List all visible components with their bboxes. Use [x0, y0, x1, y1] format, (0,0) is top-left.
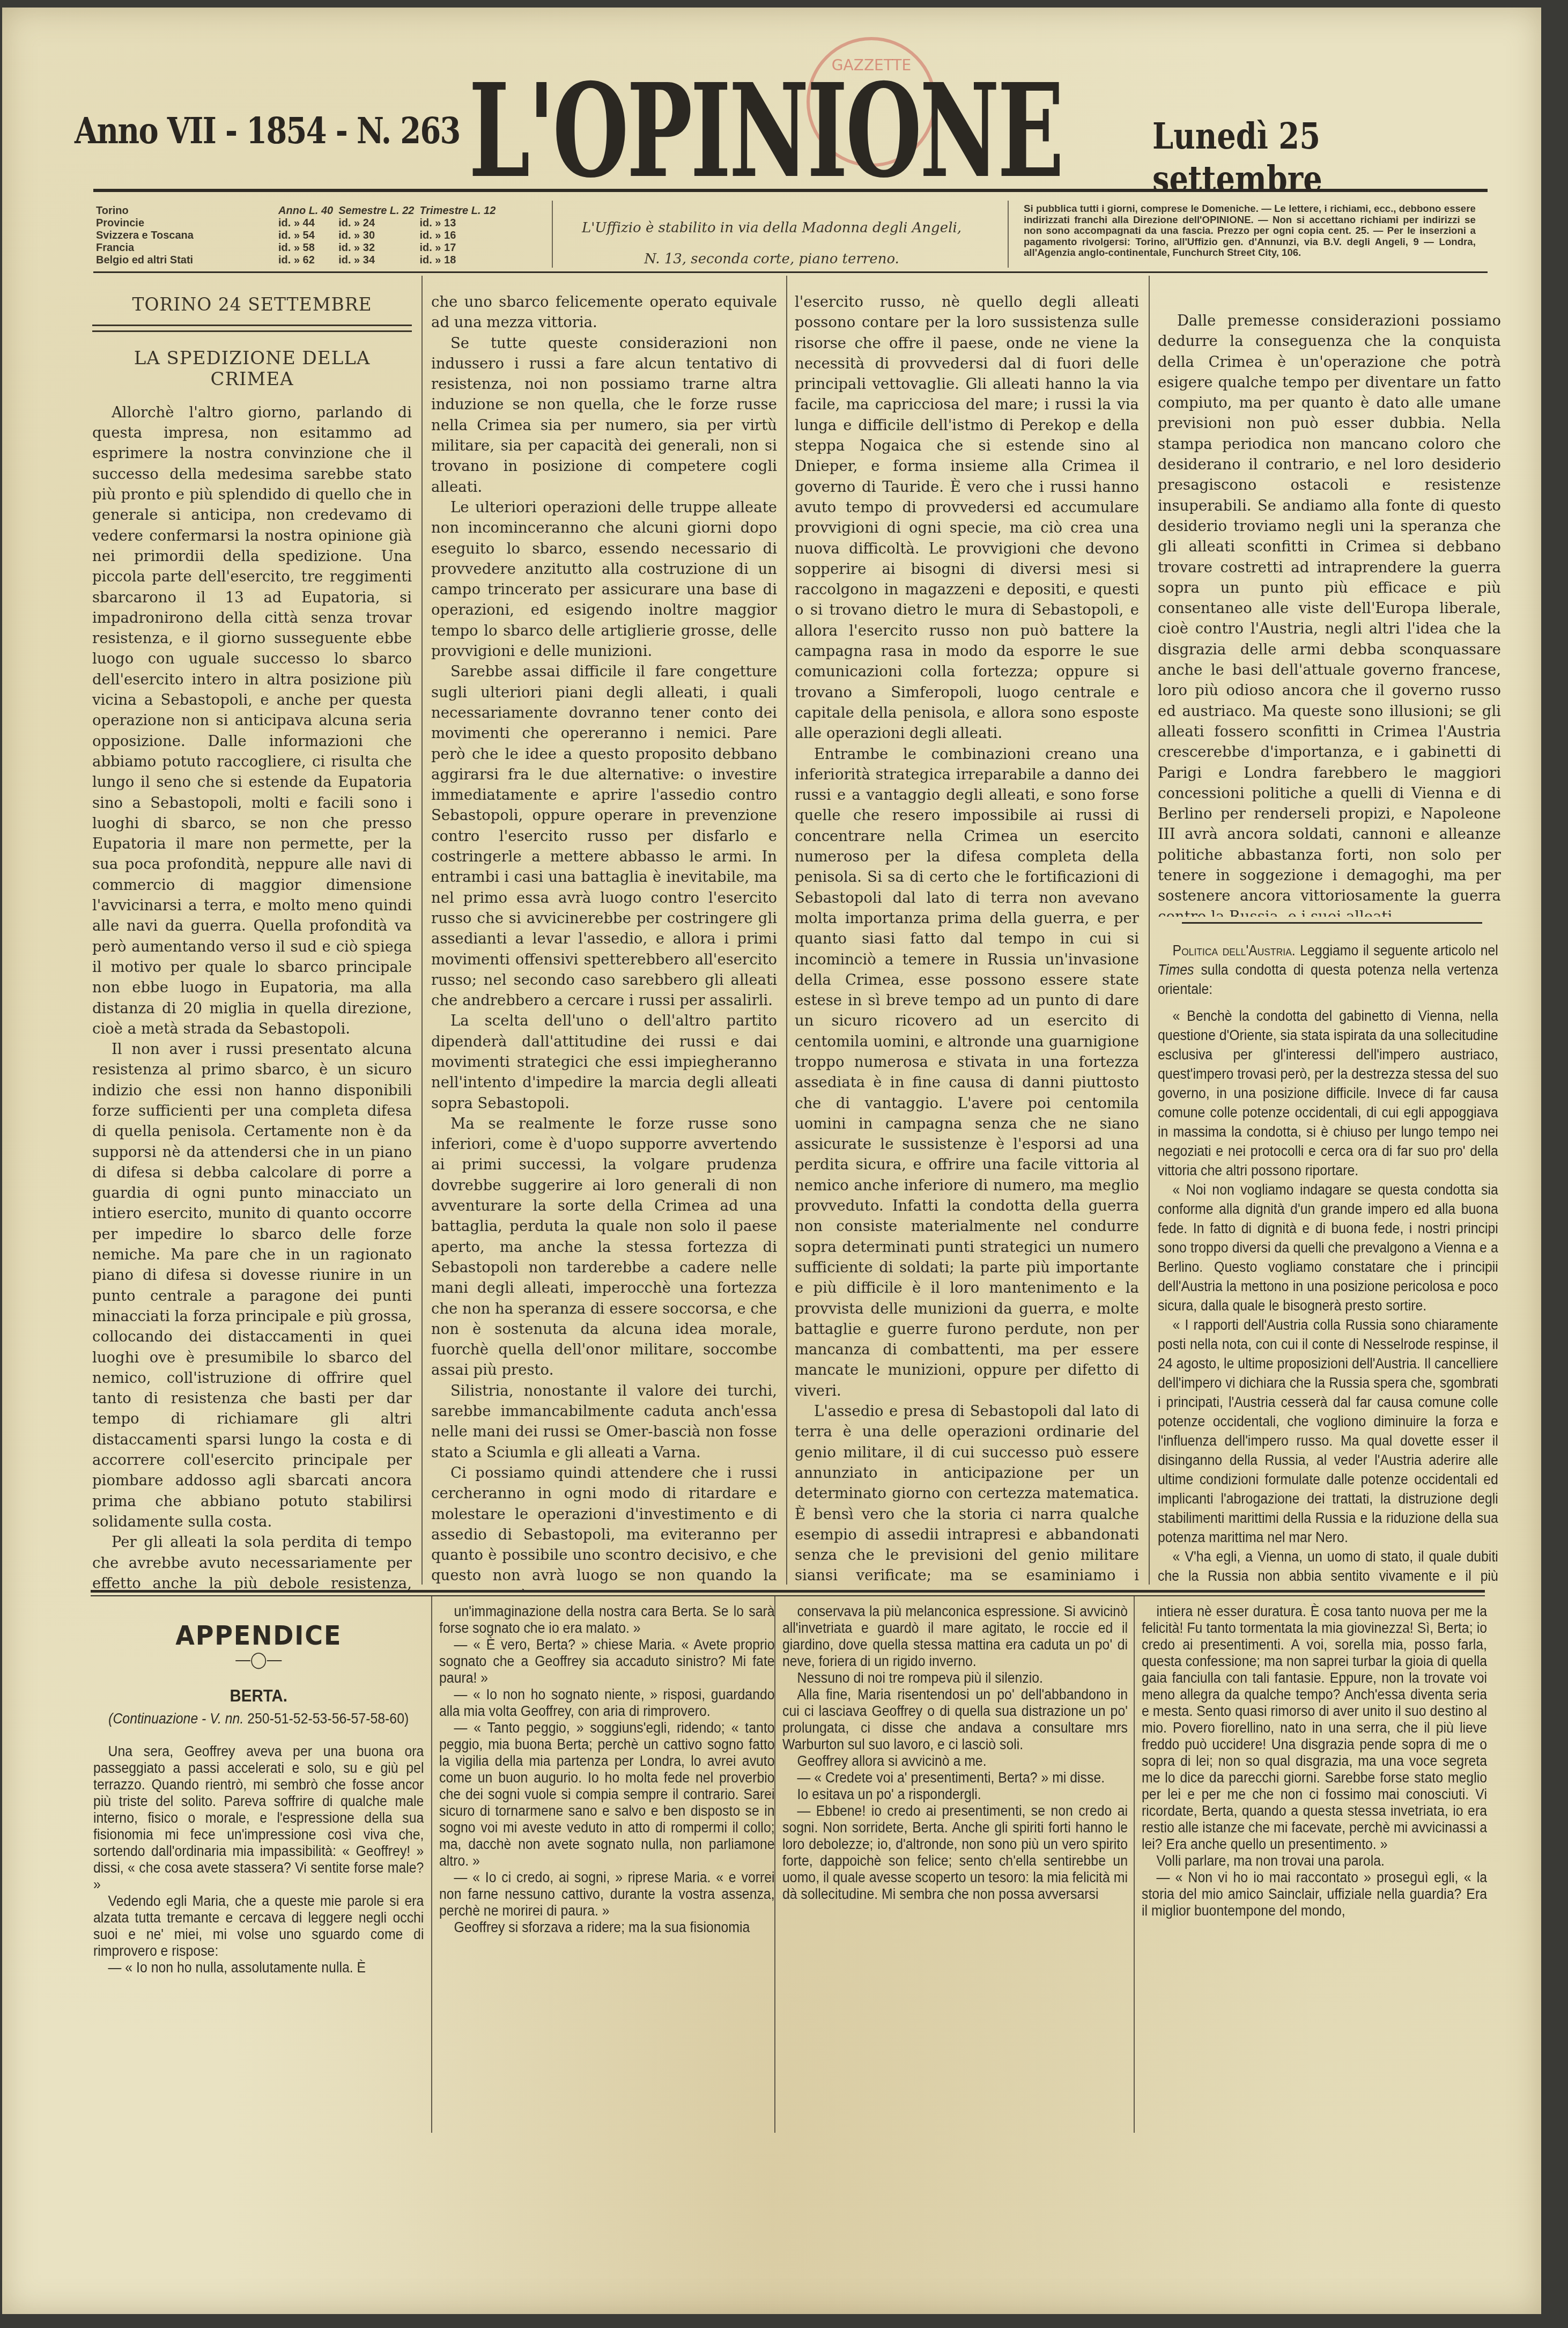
paragraph: Geoffrey allora si avvicinò a me.	[782, 1753, 1128, 1770]
politica-intro: Politica dell'Austria. Leggiamo il segue…	[1158, 941, 1498, 999]
paragraph: Sarebbe assai difficile il fare congettu…	[431, 661, 777, 1011]
politica-austria-section: Politica dell'Austria. Leggiamo il segue…	[1158, 941, 1498, 1585]
rate-anno: id. » 54	[278, 230, 338, 242]
paragraph: Ci possiamo quindi attendere che i russi…	[431, 1463, 777, 1590]
appendice-rule	[91, 1590, 1485, 1593]
paragraph: conservava la più melanconica espression…	[782, 1603, 1128, 1670]
paragraph: — « Non vi ho io mai raccontato » proseg…	[1142, 1869, 1487, 1919]
paragraph: L'assedio e presa di Sebastopoli dal lat…	[795, 1401, 1139, 1590]
paragraph: — « Io non ho sognato niente, » risposi,…	[439, 1686, 775, 1720]
politica-intro-text: sulla condotta di questa potenza nella v…	[1158, 962, 1498, 997]
rate-place: Torino	[96, 205, 278, 217]
politica-intro-text: Leggiamo il seguente articolo nel	[1300, 942, 1498, 959]
info-divider	[1008, 201, 1009, 268]
paragraph: Se tutte queste considerazioni non indus…	[431, 333, 777, 497]
appendice-column-2: un'immaginazione della nostra cara Berta…	[439, 1603, 775, 2134]
story-continuation: (Continuazione - V. nn. 250-51-52-53-56-…	[93, 1711, 424, 1727]
quote-paragraph: « Benchè la condotta del gabinetto di Vi…	[1158, 1006, 1498, 1180]
dateline-rule	[92, 325, 412, 332]
rate-anno: Anno L. 40	[278, 205, 338, 217]
paragraph: — « Credete voi a' presentimenti, Berta?…	[782, 1770, 1128, 1786]
quote-paragraph: « I rapporti dell'Austria colla Russia s…	[1158, 1315, 1498, 1547]
paragraph: Geoffrey si sforzava a ridere; ma la sua…	[439, 1919, 775, 1936]
paragraph: — « Io ci credo, ai sogni, » riprese Mar…	[439, 1869, 775, 1919]
article-column-3: l'esercito russo, nè quello degli alleat…	[795, 292, 1139, 1590]
appendice-column-1: APPENDICE —◯— BERTA. (Continuazione - V.…	[93, 1596, 424, 2133]
rate-row: Provincie id. » 44 id. » 24 id. » 13	[96, 217, 501, 230]
appendice-header: APPENDICE	[93, 1627, 424, 1644]
paragraph: Volli parlare, ma non trovai una parola.	[1142, 1853, 1487, 1869]
appendice-column-3: conservava la più melanconica espression…	[782, 1603, 1128, 2134]
paragraph: Io esitava un po' a rispondergli.	[782, 1786, 1128, 1803]
paragraph: La scelta dell'uno o dell'altro partito …	[431, 1011, 777, 1113]
paragraph: Vedendo egli Maria, che a queste mie par…	[93, 1893, 424, 1959]
dateline: TORINO 24 SETTEMBRE	[92, 294, 412, 315]
paragraph: Le ulteriori operazioni delle truppe all…	[431, 497, 777, 661]
office-line-2: N. 13, seconda corte, piano terreno.	[557, 244, 986, 275]
paragraph: l'esercito russo, nè quello degli alleat…	[795, 292, 1139, 744]
paragraph: Silistria, nonostante il valore dei turc…	[431, 1381, 777, 1463]
newspaper-page: Anno VII - 1854 - N. 263 GAZZETTE L'OPIN…	[2, 8, 1541, 2314]
rate-row: Torino Anno L. 40 Semestre L. 22 Trimest…	[96, 205, 501, 217]
rate-trimestre: id. » 13	[419, 217, 501, 230]
rate-row: Belgio ed altri Stati id. » 62 id. » 34 …	[96, 254, 501, 267]
rate-semestre: id. » 34	[338, 254, 419, 267]
rate-anno: id. » 58	[278, 242, 338, 254]
paragraph: intiera nè esser duratura. È cosa tanto …	[1142, 1603, 1487, 1853]
paragraph: — « È vero, Berta? » chiese Maria. « Ave…	[439, 1637, 775, 1686]
rate-place: Provincie	[96, 217, 278, 230]
paragraph: — Ebbene! io credo ai presentimenti, se …	[782, 1803, 1128, 1903]
continuation-numbers: 250-51-52-53-56-57-58-60)	[247, 1711, 409, 1727]
rate-row: Francia id. » 58 id. » 32 id. » 17	[96, 242, 501, 254]
rate-place: Belgio ed altri Stati	[96, 254, 278, 267]
paragraph: Per gli alleati la sola perdita di tempo…	[92, 1532, 412, 1593]
quote-paragraph: « Noi non vogliamo indagare se questa co…	[1158, 1180, 1498, 1315]
paragraph: Entrambe le combinazioni creano una infe…	[795, 744, 1139, 1402]
rate-trimestre: id. » 17	[419, 242, 501, 254]
rate-semestre: id. » 30	[338, 230, 419, 242]
paragraph: — « Tanto peggio, » soggiuns'egli, riden…	[439, 1720, 775, 1869]
ornament-divider: —◯—	[93, 1652, 424, 1668]
publication-notice: Si pubblica tutti i giorni, comprese le …	[1024, 204, 1476, 259]
paragraph: Il non aver i russi presentato alcuna re…	[92, 1039, 412, 1532]
section-rule	[1182, 922, 1482, 924]
office-line-1: L'Uffizio è stabilito in via della Madon…	[557, 212, 986, 244]
continuation-label: (Continuazione - V. nn.	[108, 1711, 243, 1727]
rate-trimestre: id. » 18	[419, 254, 501, 267]
rate-trimestre: Trimestre L. 12	[419, 205, 501, 217]
appendice-column-4: intiera nè esser duratura. È cosa tanto …	[1142, 1603, 1487, 2134]
politica-label: Politica dell'Austria.	[1173, 942, 1296, 959]
article-column-1: TORINO 24 SETTEMBRE LA SPEDIZIONE DELLA …	[92, 294, 412, 1593]
column-divider	[431, 1596, 432, 2133]
story-title: BERTA.	[93, 1688, 424, 1704]
article-column-4: Dalle premesse considerazioni possiamo d…	[1158, 311, 1501, 917]
times-reference: Times	[1158, 962, 1194, 978]
paragraph: Ma se realmente le forze russe sono infe…	[431, 1114, 777, 1381]
paragraph: Nessuno di noi tre rompeva più il silenz…	[782, 1670, 1128, 1686]
info-row: Torino Anno L. 40 Semestre L. 22 Trimest…	[96, 201, 1490, 270]
rate-trimestre: id. » 16	[419, 230, 501, 242]
info-rule	[93, 271, 1488, 273]
issue-info: Anno VII - 1854 - N. 263	[75, 109, 460, 152]
masthead-rule	[93, 189, 1488, 192]
rate-place: Francia	[96, 242, 278, 254]
rate-semestre: id. » 32	[338, 242, 419, 254]
paragraph: Allorchè l'altro giorno, parlando di que…	[92, 402, 412, 1039]
rate-anno: id. » 44	[278, 217, 338, 230]
info-divider	[552, 201, 553, 268]
rate-semestre: Semestre L. 22	[338, 205, 419, 217]
rate-place: Svizzera e Toscana	[96, 230, 278, 242]
paragraph: un'immaginazione della nostra cara Berta…	[439, 1603, 775, 1637]
paragraph: Dalle premesse considerazioni possiamo d…	[1158, 311, 1501, 917]
article-column-2: che uno sbarco felicemente operato equiv…	[431, 292, 777, 1590]
rate-anno: id. » 62	[278, 254, 338, 267]
column-divider	[1134, 1596, 1135, 2133]
paragraph: che uno sbarco felicemente operato equiv…	[431, 292, 777, 333]
column-divider	[786, 276, 787, 1585]
quote-paragraph: « V'ha egli, a Vienna, un uomo di stato,…	[1158, 1547, 1498, 1585]
paragraph: Alla fine, Maria risentendosi un po' del…	[782, 1686, 1128, 1753]
newspaper-title: L'OPINIONE	[469, 67, 1062, 195]
subscription-rates: Torino Anno L. 40 Semestre L. 22 Trimest…	[96, 205, 501, 267]
rate-row: Svizzera e Toscana id. » 54 id. » 30 id.…	[96, 230, 501, 242]
office-address: L'Uffizio è stabilito in via della Madon…	[557, 212, 986, 275]
paragraph: — « Io non ho nulla, assolutamente nulla…	[93, 1959, 424, 1976]
column-divider	[421, 276, 423, 1585]
masthead: Anno VII - 1854 - N. 263 GAZZETTE L'OPIN…	[2, 8, 1541, 193]
issue-date: Lunedì 25 settembre	[1152, 115, 1471, 201]
paragraph: Una sera, Geoffrey aveva per una buona o…	[93, 1743, 424, 1893]
column-divider	[1149, 276, 1150, 1585]
rate-semestre: id. » 24	[338, 217, 419, 230]
article-headline: LA SPEDIZIONE DELLA CRIMEA	[92, 348, 412, 389]
